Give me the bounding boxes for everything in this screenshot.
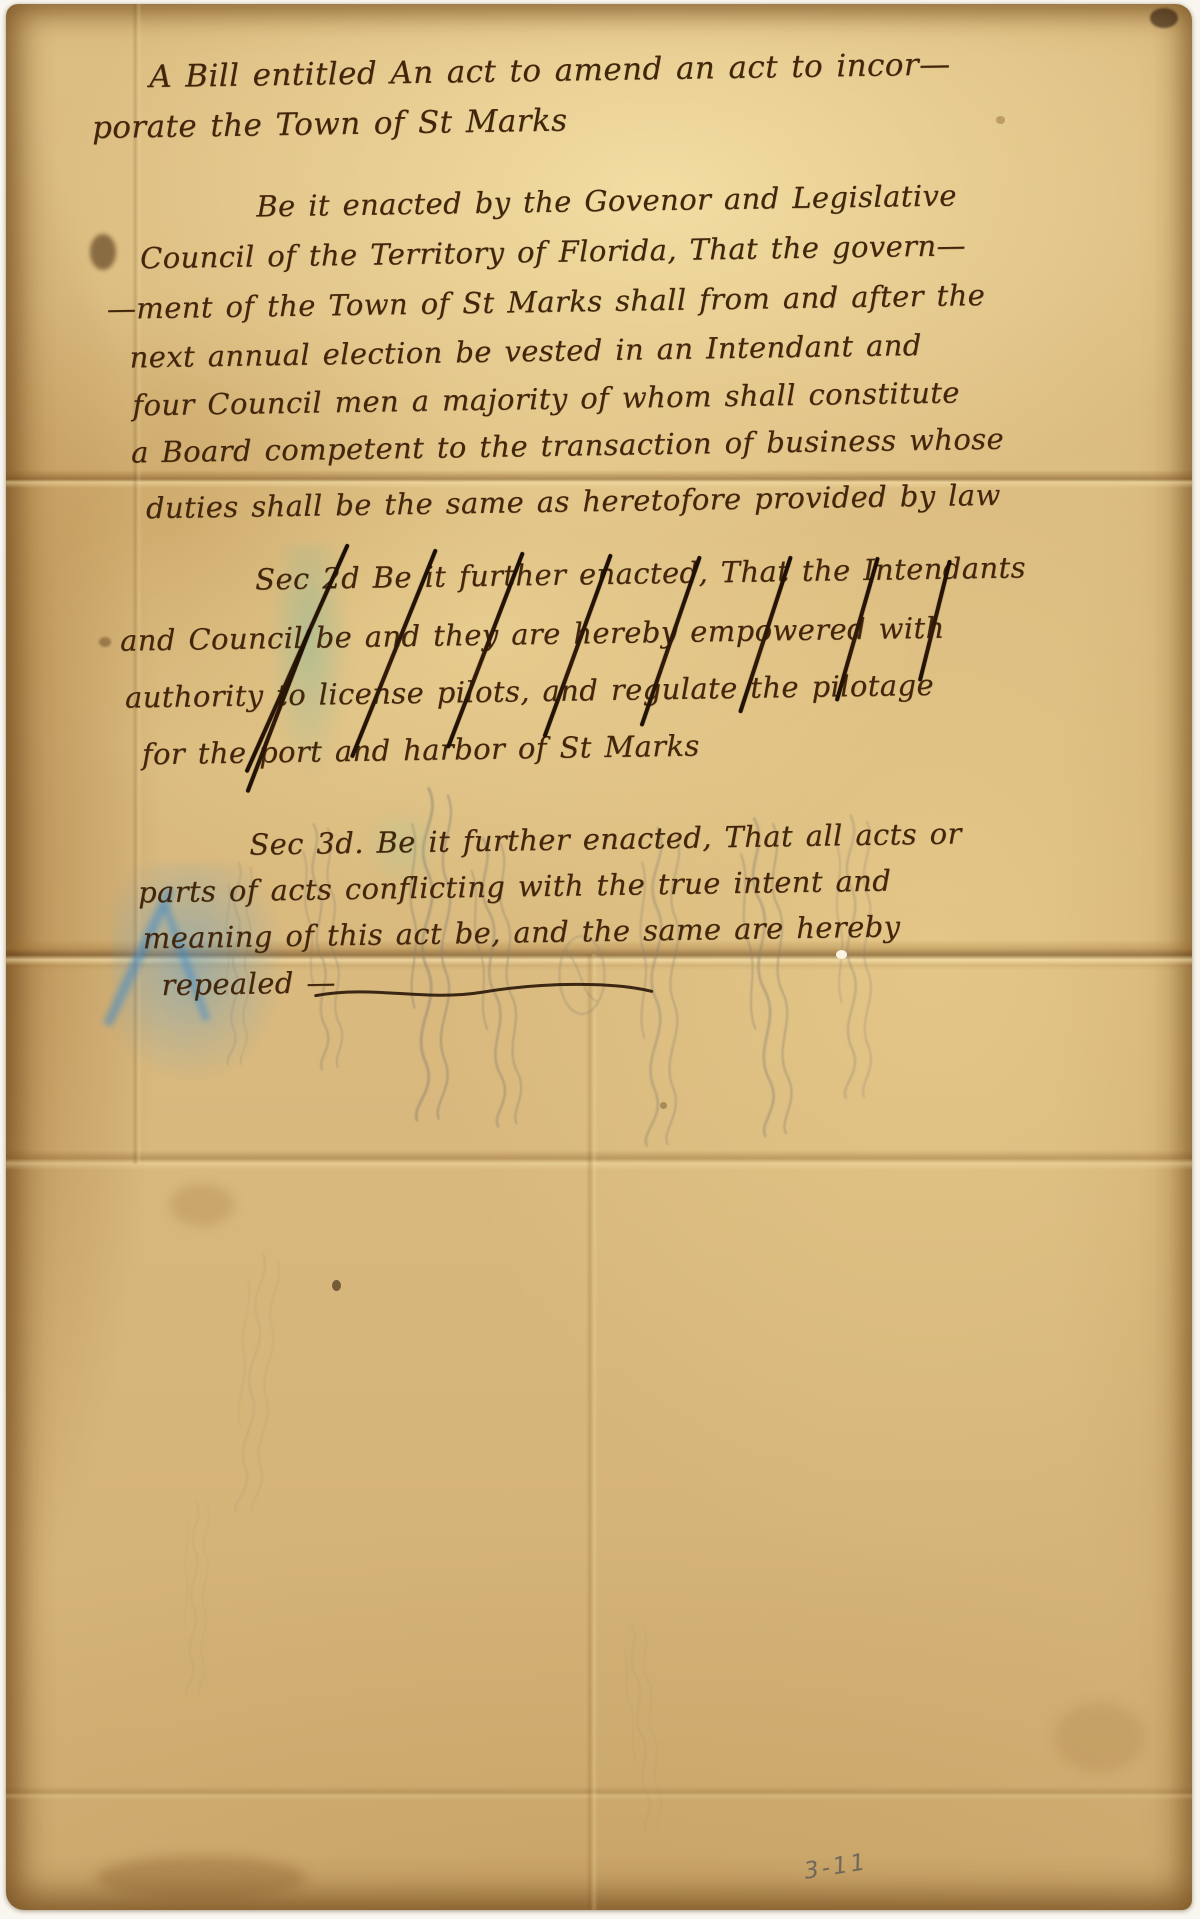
manuscript-page: A Bill entitled An act to amend an act t… — [6, 4, 1192, 1910]
handwritten-text-block: A Bill entitled An act to amend an act t… — [6, 4, 1192, 1910]
manuscript-line: next annual election be vested in an Int… — [129, 328, 922, 374]
manuscript-line-struck: for the port and harbor of St Marks — [142, 729, 700, 772]
manuscript-line: duties shall be the same as heretofore p… — [146, 478, 1001, 525]
manuscript-line: meaning of this act be, and the same are… — [142, 909, 900, 955]
manuscript-title-line: A Bill entitled An act to amend an act t… — [149, 47, 951, 96]
manuscript-line-struck: and Council be and they are hereby empow… — [120, 611, 945, 658]
manuscript-line: Be it enacted by the Govenor and Legisla… — [256, 178, 957, 223]
manuscript-line: four Council men a majority of whom shal… — [132, 375, 960, 422]
manuscript-line: a Board competent to the transaction of … — [131, 422, 1004, 470]
scanned-document-image: { "document": { "title_lines": [ "A Bill… — [0, 0, 1200, 1919]
manuscript-line-struck: Sec 2d Be it further enacted, That the I… — [255, 550, 1026, 596]
manuscript-line-struck: authority to license pilots, and regulat… — [125, 668, 935, 715]
manuscript-line: repealed — — [161, 965, 336, 1002]
manuscript-title-line: porate the Town of St Marks — [92, 103, 568, 146]
manuscript-line: parts of acts conflicting with the true … — [138, 864, 892, 910]
manuscript-line: Council of the Territory of Florida, Tha… — [140, 228, 966, 275]
manuscript-line: —ment of the Town of St Marks shall from… — [107, 278, 986, 326]
flourish-line — [313, 978, 653, 1005]
manuscript-line: Sec 3d. Be it further enacted, That all … — [249, 816, 962, 861]
